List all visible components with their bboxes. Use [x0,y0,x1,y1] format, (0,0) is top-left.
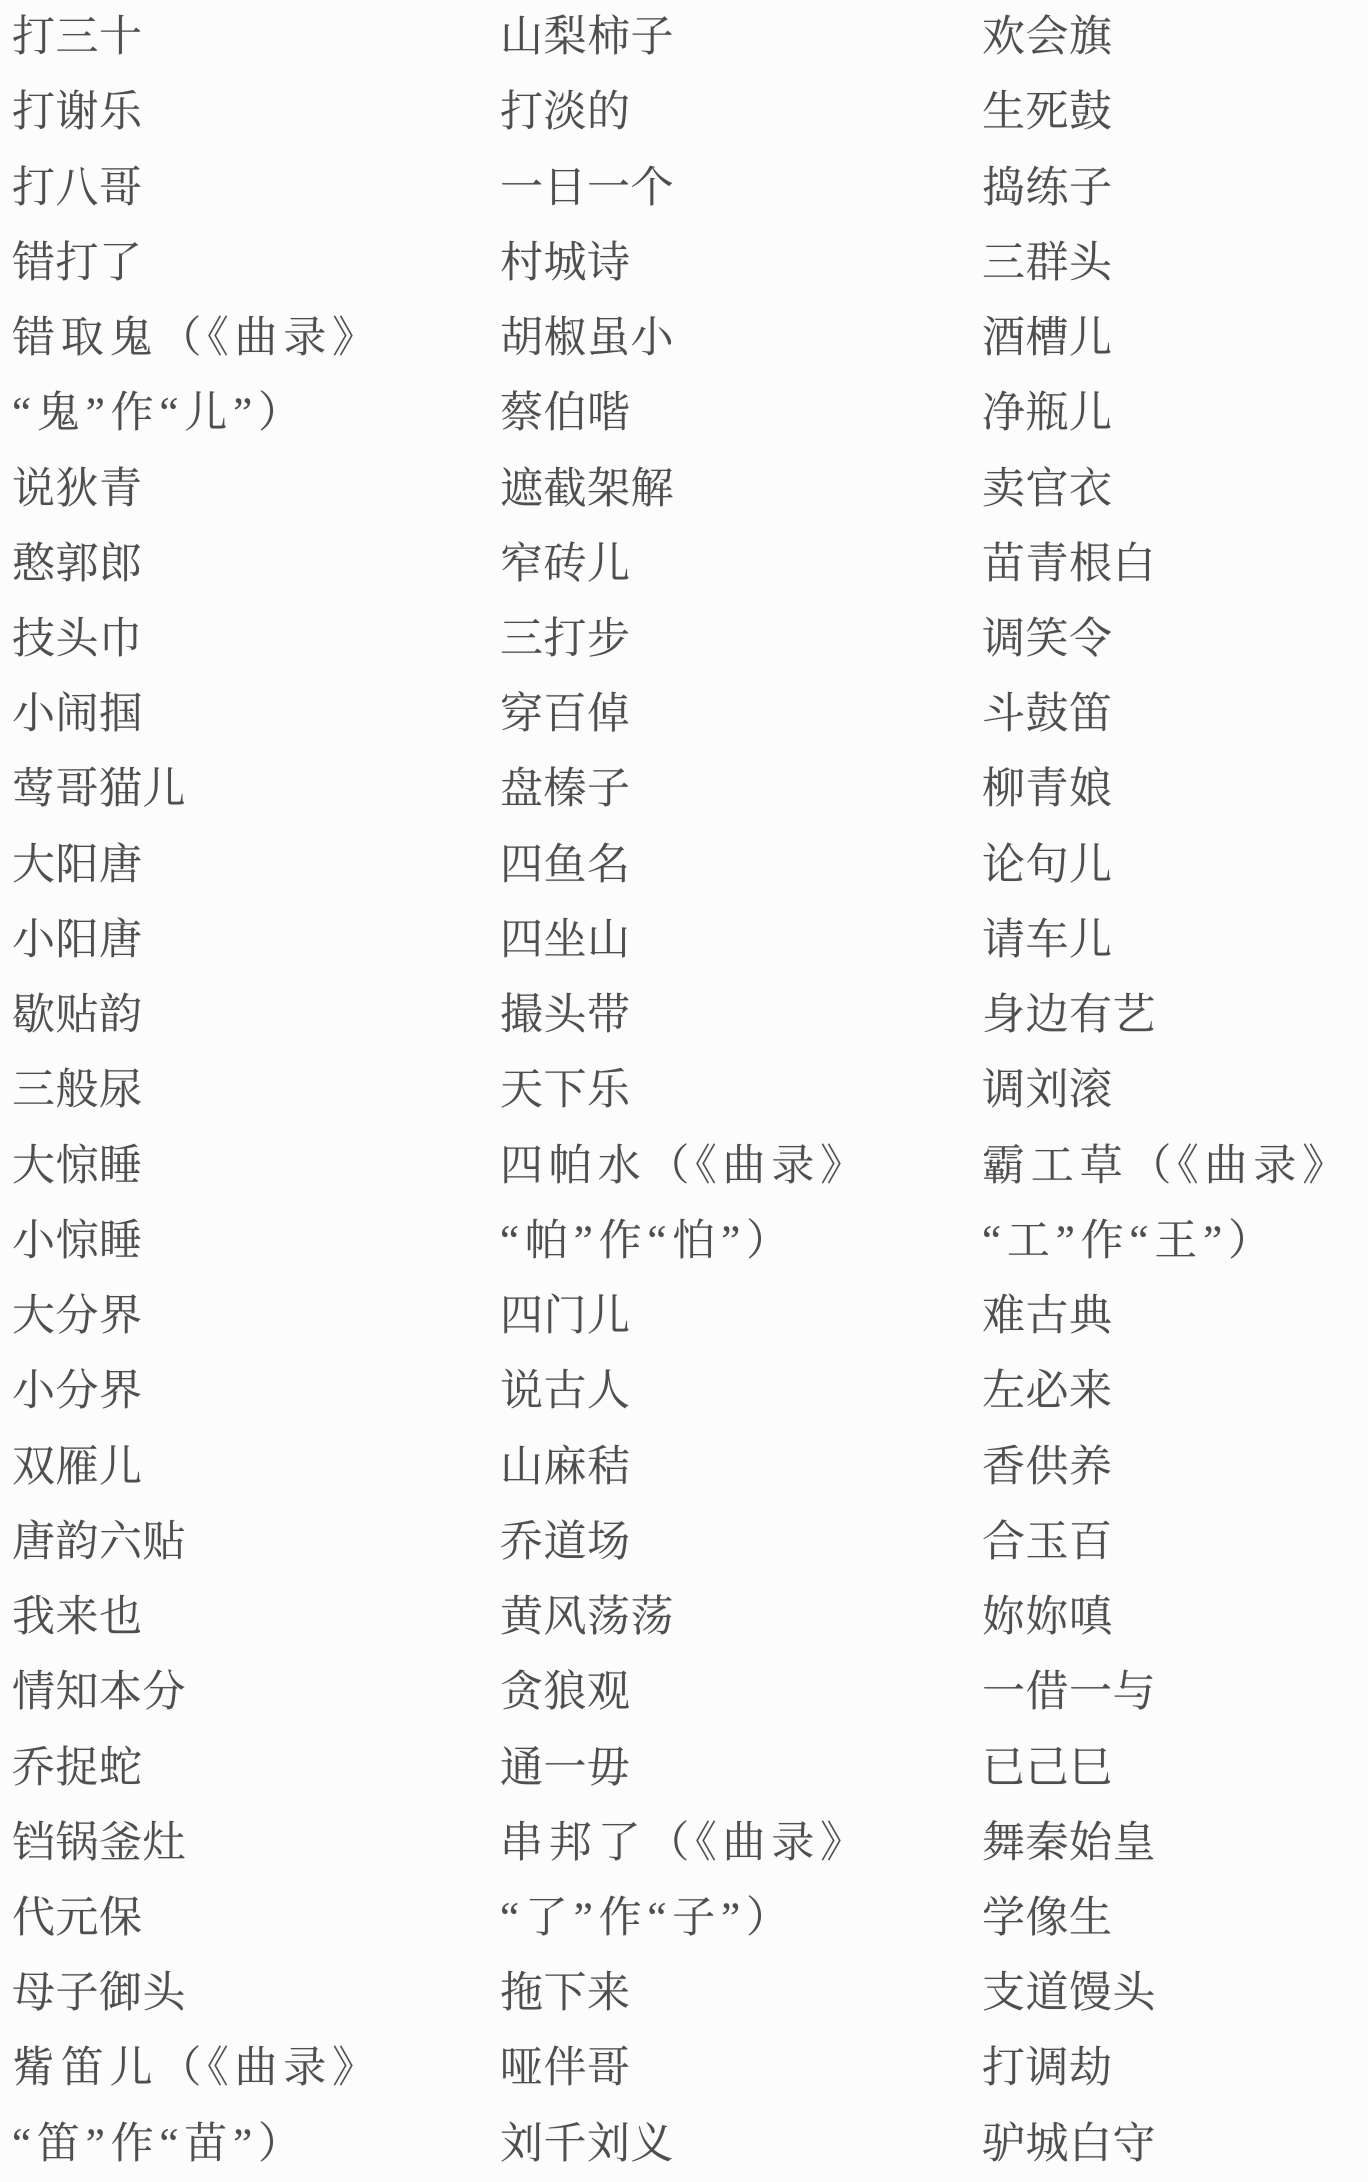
entry-text: 学像生 [982,1881,1368,1956]
entry-text: “鬼”作“儿”） [12,376,500,451]
entry-text: 村城诗 [500,226,982,301]
entry-text: 贪狼观 [500,1655,982,1730]
entry-text: 四帕水（《曲录》 [500,1129,982,1204]
entries-grid: 打三十山梨柿子欢会旗打谢乐打淡的生死鼓打八哥一日一个捣练子错打了村城诗三群头错取… [0,0,1368,2182]
entry-text: 三群头 [982,226,1368,301]
entry-text: 小分界 [12,1354,500,1429]
entry-text: 胡椒虽小 [500,301,982,376]
entry-text: 乔道场 [500,1505,982,1580]
entry-text: 霸工草（《曲录》 [982,1129,1368,1204]
entry-text: 苗青根白 [982,527,1368,602]
entry-text: 捣练子 [982,150,1368,225]
entry-text: 铛锅釜灶 [12,1806,500,1881]
entry-text: “帕”作“怕”） [500,1204,982,1279]
entry-text: 错取鬼（《曲录》 [12,301,500,376]
entry-text: 打淡的 [500,75,982,150]
entry-text: 净瓶儿 [982,376,1368,451]
entry-text: 支道馒头 [982,1956,1368,2031]
entry-text: 身边有艺 [982,978,1368,1053]
entry-text: 拖下来 [500,1956,982,2031]
entry-text: 山麻秸 [500,1429,982,1504]
entry-text: 四门儿 [500,1279,982,1354]
entry-text: 酒槽儿 [982,301,1368,376]
entry-text: 遮截架解 [500,451,982,526]
entry-text: 大惊睡 [12,1129,500,1204]
entry-text: 斗鼓笛 [982,677,1368,752]
scanned-catalog-page: 打三十山梨柿子欢会旗打谢乐打淡的生死鼓打八哥一日一个捣练子错打了村城诗三群头错取… [0,0,1368,2182]
entry-text: 小阳唐 [12,903,500,978]
entry-text: 打三十 [12,0,500,75]
entry-text: 欢会旗 [982,0,1368,75]
entry-text: 窄砖儿 [500,527,982,602]
entry-text: 母子御头 [12,1956,500,2031]
entry-text: 代元保 [12,1881,500,1956]
entry-text: 大分界 [12,1279,500,1354]
entry-text: 蔡伯喈 [500,376,982,451]
entry-text: 左必来 [982,1354,1368,1429]
entry-text: 哑伴哥 [500,2031,982,2106]
entry-text: 憨郭郎 [12,527,500,602]
entry-text: 刘千刘义 [500,2107,982,2182]
entry-text: 舞秦始皇 [982,1806,1368,1881]
entry-text: 一日一个 [500,150,982,225]
entry-text: “了”作“子”） [500,1881,982,1956]
entry-text: 说狄青 [12,451,500,526]
entry-text: 打谢乐 [12,75,500,150]
entry-text: “工”作“王”） [982,1204,1368,1279]
entry-text: 小闹掴 [12,677,500,752]
entry-text: 打八哥 [12,150,500,225]
entry-text: 双雁儿 [12,1429,500,1504]
entry-text: 一借一与 [982,1655,1368,1730]
entry-text: 柳青娘 [982,752,1368,827]
entry-text: 小惊睡 [12,1204,500,1279]
entry-text: 穿百倬 [500,677,982,752]
entry-text: 莺哥猫儿 [12,752,500,827]
entry-text: 串邦了（《曲录》 [500,1806,982,1881]
entry-text: 已己巳 [982,1730,1368,1805]
entry-text: 唐韵六贴 [12,1505,500,1580]
entry-text: 撮头带 [500,978,982,1053]
entry-text: 驴城白守 [982,2107,1368,2182]
entry-text: 妳妳嗔 [982,1580,1368,1655]
entry-text: 我来也 [12,1580,500,1655]
entry-text: 通一毋 [500,1730,982,1805]
entry-text: 合玉百 [982,1505,1368,1580]
entry-text: 歇贴韵 [12,978,500,1053]
entry-text: 天下乐 [500,1053,982,1128]
entry-text: 论句儿 [982,828,1368,903]
entry-text: 情知本分 [12,1655,500,1730]
entry-text: 山梨柿子 [500,0,982,75]
entry-text: 错打了 [12,226,500,301]
entry-text: 调刘滚 [982,1053,1368,1128]
entry-text: 难古典 [982,1279,1368,1354]
entry-text: 乔捉蛇 [12,1730,500,1805]
entry-text: 黄风荡荡 [500,1580,982,1655]
entry-text: 四坐山 [500,903,982,978]
entry-text: 打调劫 [982,2031,1368,2106]
entry-text: 调笑令 [982,602,1368,677]
entry-text: 三打步 [500,602,982,677]
entry-text: 卖官衣 [982,451,1368,526]
entry-text: “笛”作“苗”） [12,2107,500,2182]
entry-text: 香供养 [982,1429,1368,1504]
entry-text: 觜笛儿（《曲录》 [12,2031,500,2106]
entry-text: 请车儿 [982,903,1368,978]
entry-text: 三般尿 [12,1053,500,1128]
entry-text: 技头巾 [12,602,500,677]
entry-text: 盘榛子 [500,752,982,827]
entry-text: 四鱼名 [500,828,982,903]
entry-text: 说古人 [500,1354,982,1429]
entry-text: 大阳唐 [12,828,500,903]
entry-text: 生死鼓 [982,75,1368,150]
